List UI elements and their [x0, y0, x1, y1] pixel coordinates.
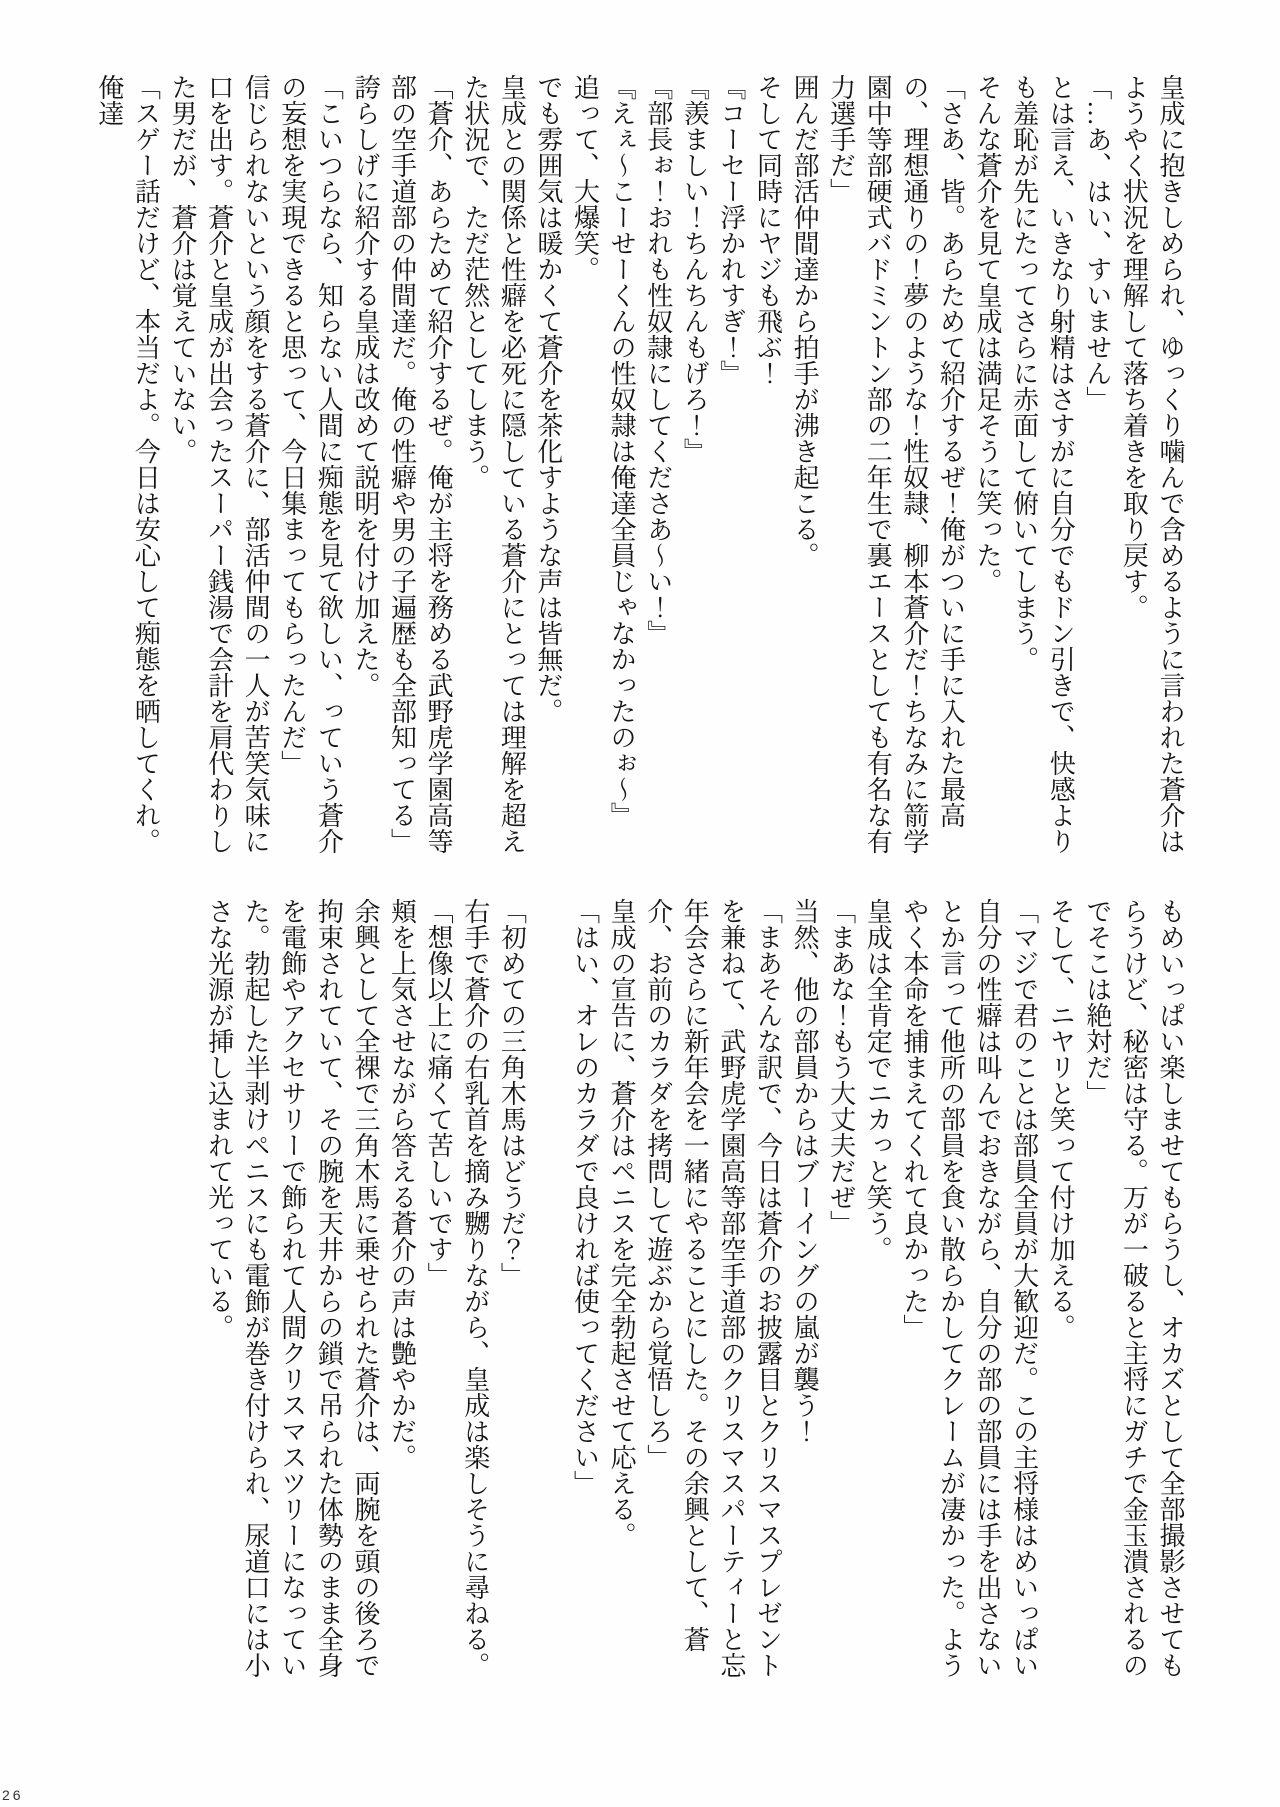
- paragraph: 『えぇ～こーせーくんの性奴隷は俺達全員じゃなかったのぉ～』: [603, 74, 640, 856]
- paragraph: 皇成に抱きしめられ、ゆっくり噛んで含めるように言われた蒼介はようやく状況を理解し…: [1115, 74, 1188, 856]
- paragraph: そして同時にヤジも飛ぶ！: [749, 74, 786, 856]
- paragraph: 「こいつらなら、知らない人間に痴態を見て欲しい、っていう蒼介の妄想を実現できると…: [273, 74, 346, 856]
- paragraph: 「…あ、はい、すいません」: [1078, 74, 1115, 856]
- paragraph: そして、ニヤリと笑って付け加える。: [1042, 898, 1079, 1680]
- paragraph: 信じられないという顔をする蒼介に、部活仲間の一人が苦笑気味に口を出す。蒼介と皇成…: [163, 74, 273, 856]
- paragraph: でも雰囲気は暖かくて蒼介を茶化すような声は皆無だ。: [529, 74, 566, 856]
- paragraph: 誇らしげに紹介する皇成は改めて説明を付け加えた。: [346, 74, 383, 856]
- paragraph: 皇成の宣告に、蒼介はペニスを完全勃起させて応える。: [603, 898, 640, 1680]
- paragraph: 当然、他の部員からはブーイングの嵐が襲う！: [785, 898, 822, 1680]
- bottom-text-block: もめいっぱい楽しませてもらうし、オカズとして全部撮影させてもらうけど、秘密は守る…: [200, 898, 1188, 1680]
- paragraph: 追って、大爆笑。: [566, 74, 603, 856]
- paragraph: 『羨ましい！ちんちんもげろ！』: [676, 74, 713, 856]
- paragraph: 囲んだ部活仲間達から拍手が沸き起こる。: [785, 74, 822, 856]
- paragraph: そんな蒼介を見て皇成は満足そうに笑った。: [968, 74, 1005, 856]
- paragraph: 「蒼介、あらためて紹介するぜ。俺が主将を務める武野虎学園高等部の空手道部の仲間達…: [383, 74, 456, 856]
- paragraph: 皇成は全肯定でニカっと笑う。: [859, 898, 896, 1680]
- paragraph: 「マジで君のことは部員全員が大歓迎だ。この主将様はめいっぱい自分の性癖は叫んでお…: [895, 898, 1041, 1680]
- paragraph: 「まあな！もう大丈夫だぜ」: [822, 898, 859, 1680]
- page-number: 26: [2, 1787, 24, 1803]
- scanned-novel-page: 皇成に抱きしめられ、ゆっくり噛んで含めるように言われた蒼介はようやく状況を理解し…: [0, 0, 1280, 1807]
- paragraph: 「想像以上に痛くて苦しいです」: [420, 898, 457, 1680]
- paragraph-scene-break: 「初めての三角木馬はどうだ？」: [493, 898, 530, 1680]
- paragraph: 右手で蒼介の右乳首を摘み嬲りながら、皇成は楽しそうに尋ねる。: [456, 898, 493, 1680]
- paragraph: とは言え、いきなり射精はさすがに自分でもドン引きで、快感よりも羞恥が先にたってさ…: [1005, 74, 1078, 856]
- paragraph: 「はい、オレのカラダで良ければ使ってください」: [566, 898, 603, 1680]
- paragraph: もめいっぱい楽しませてもらうし、オカズとして全部撮影させてもらうけど、秘密は守る…: [1078, 898, 1188, 1680]
- paragraph: 「さあ、皆。あらためて紹介するぜ！俺がついに手に入れた最高の、理想通りの！夢のよ…: [822, 74, 968, 856]
- paragraph: 皇成との関係と性癖を必死に隠している蒼介にとっては理解を超えた状況で、ただ茫然と…: [456, 74, 529, 856]
- paragraph: 『コーセー浮かれすぎ！』: [712, 74, 749, 856]
- paragraph: 「スゲー話だけど、本当だよ。今日は安心して痴態を晒してくれ。俺達: [90, 74, 163, 856]
- paragraph: 余興として全裸で三角木馬に乗せられた蒼介は、両腕を頭の後ろで拘束されていて、その…: [200, 898, 383, 1680]
- top-text-block: 皇成に抱きしめられ、ゆっくり噛んで含めるように言われた蒼介はようやく状況を理解し…: [90, 74, 1188, 856]
- paragraph: 「まあそんな訳で、今日は蒼介のお披露目とクリスマスプレゼントを兼ねて、武野虎学園…: [639, 898, 785, 1680]
- paragraph: 頬を上気させながら答える蒼介の声は艶やかだ。: [383, 898, 420, 1680]
- paragraph: 『部長ぉ！おれも性奴隷にしてくださあ～い！』: [639, 74, 676, 856]
